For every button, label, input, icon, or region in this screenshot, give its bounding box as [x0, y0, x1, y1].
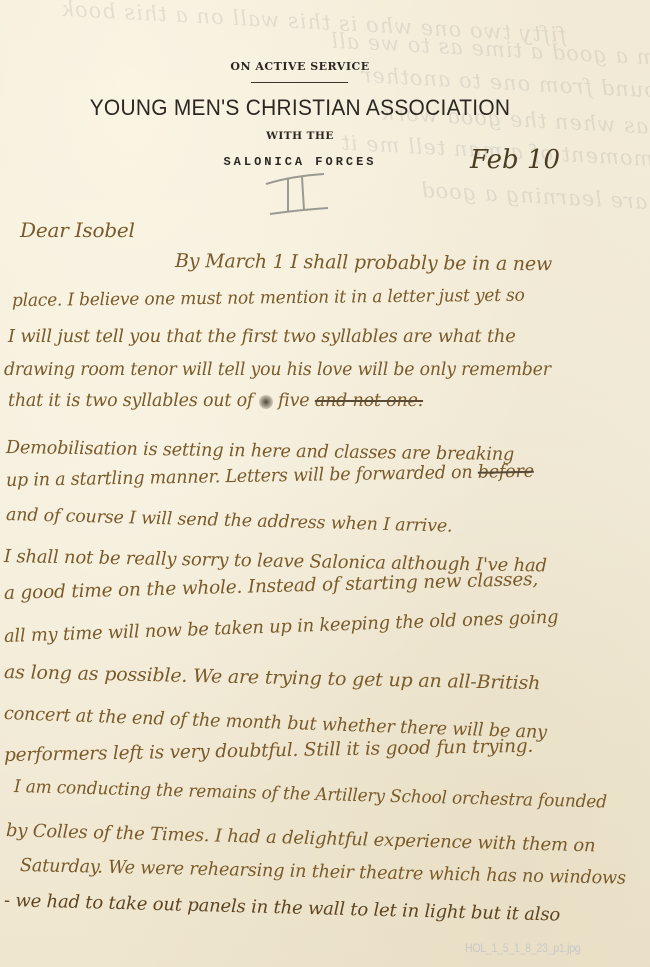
salutation: Dear Isobel	[20, 218, 135, 242]
letter-date: Feb 10	[470, 145, 560, 175]
struck-text: before	[478, 461, 534, 483]
letter-line: By March 1 I shall probably be in a new	[175, 250, 552, 275]
letter-line-text: that it is two syllables out of	[8, 391, 253, 411]
filename-label: HOL_1_5_1_8_23_p1.jpg	[465, 941, 580, 955]
ink-smudge	[259, 395, 273, 409]
letterhead-organization: YOUNG MEN'S CHRISTIAN ASSOCIATION	[15, 95, 585, 121]
letterhead-service: ON ACTIVE SERVICE	[0, 60, 600, 73]
letter-line: I will just tell you that the first two …	[8, 327, 516, 347]
letter-line-text: five	[278, 391, 310, 411]
letter-line: drawing room tenor will tell you his lov…	[4, 360, 551, 380]
struck-text: and not one.	[315, 391, 423, 411]
letter-line: that it is two syllables out of five and…	[8, 391, 423, 411]
letterhead-with-the: WITH THE	[0, 130, 600, 142]
letterhead-rule	[251, 82, 348, 83]
page-number-marker	[262, 170, 332, 216]
